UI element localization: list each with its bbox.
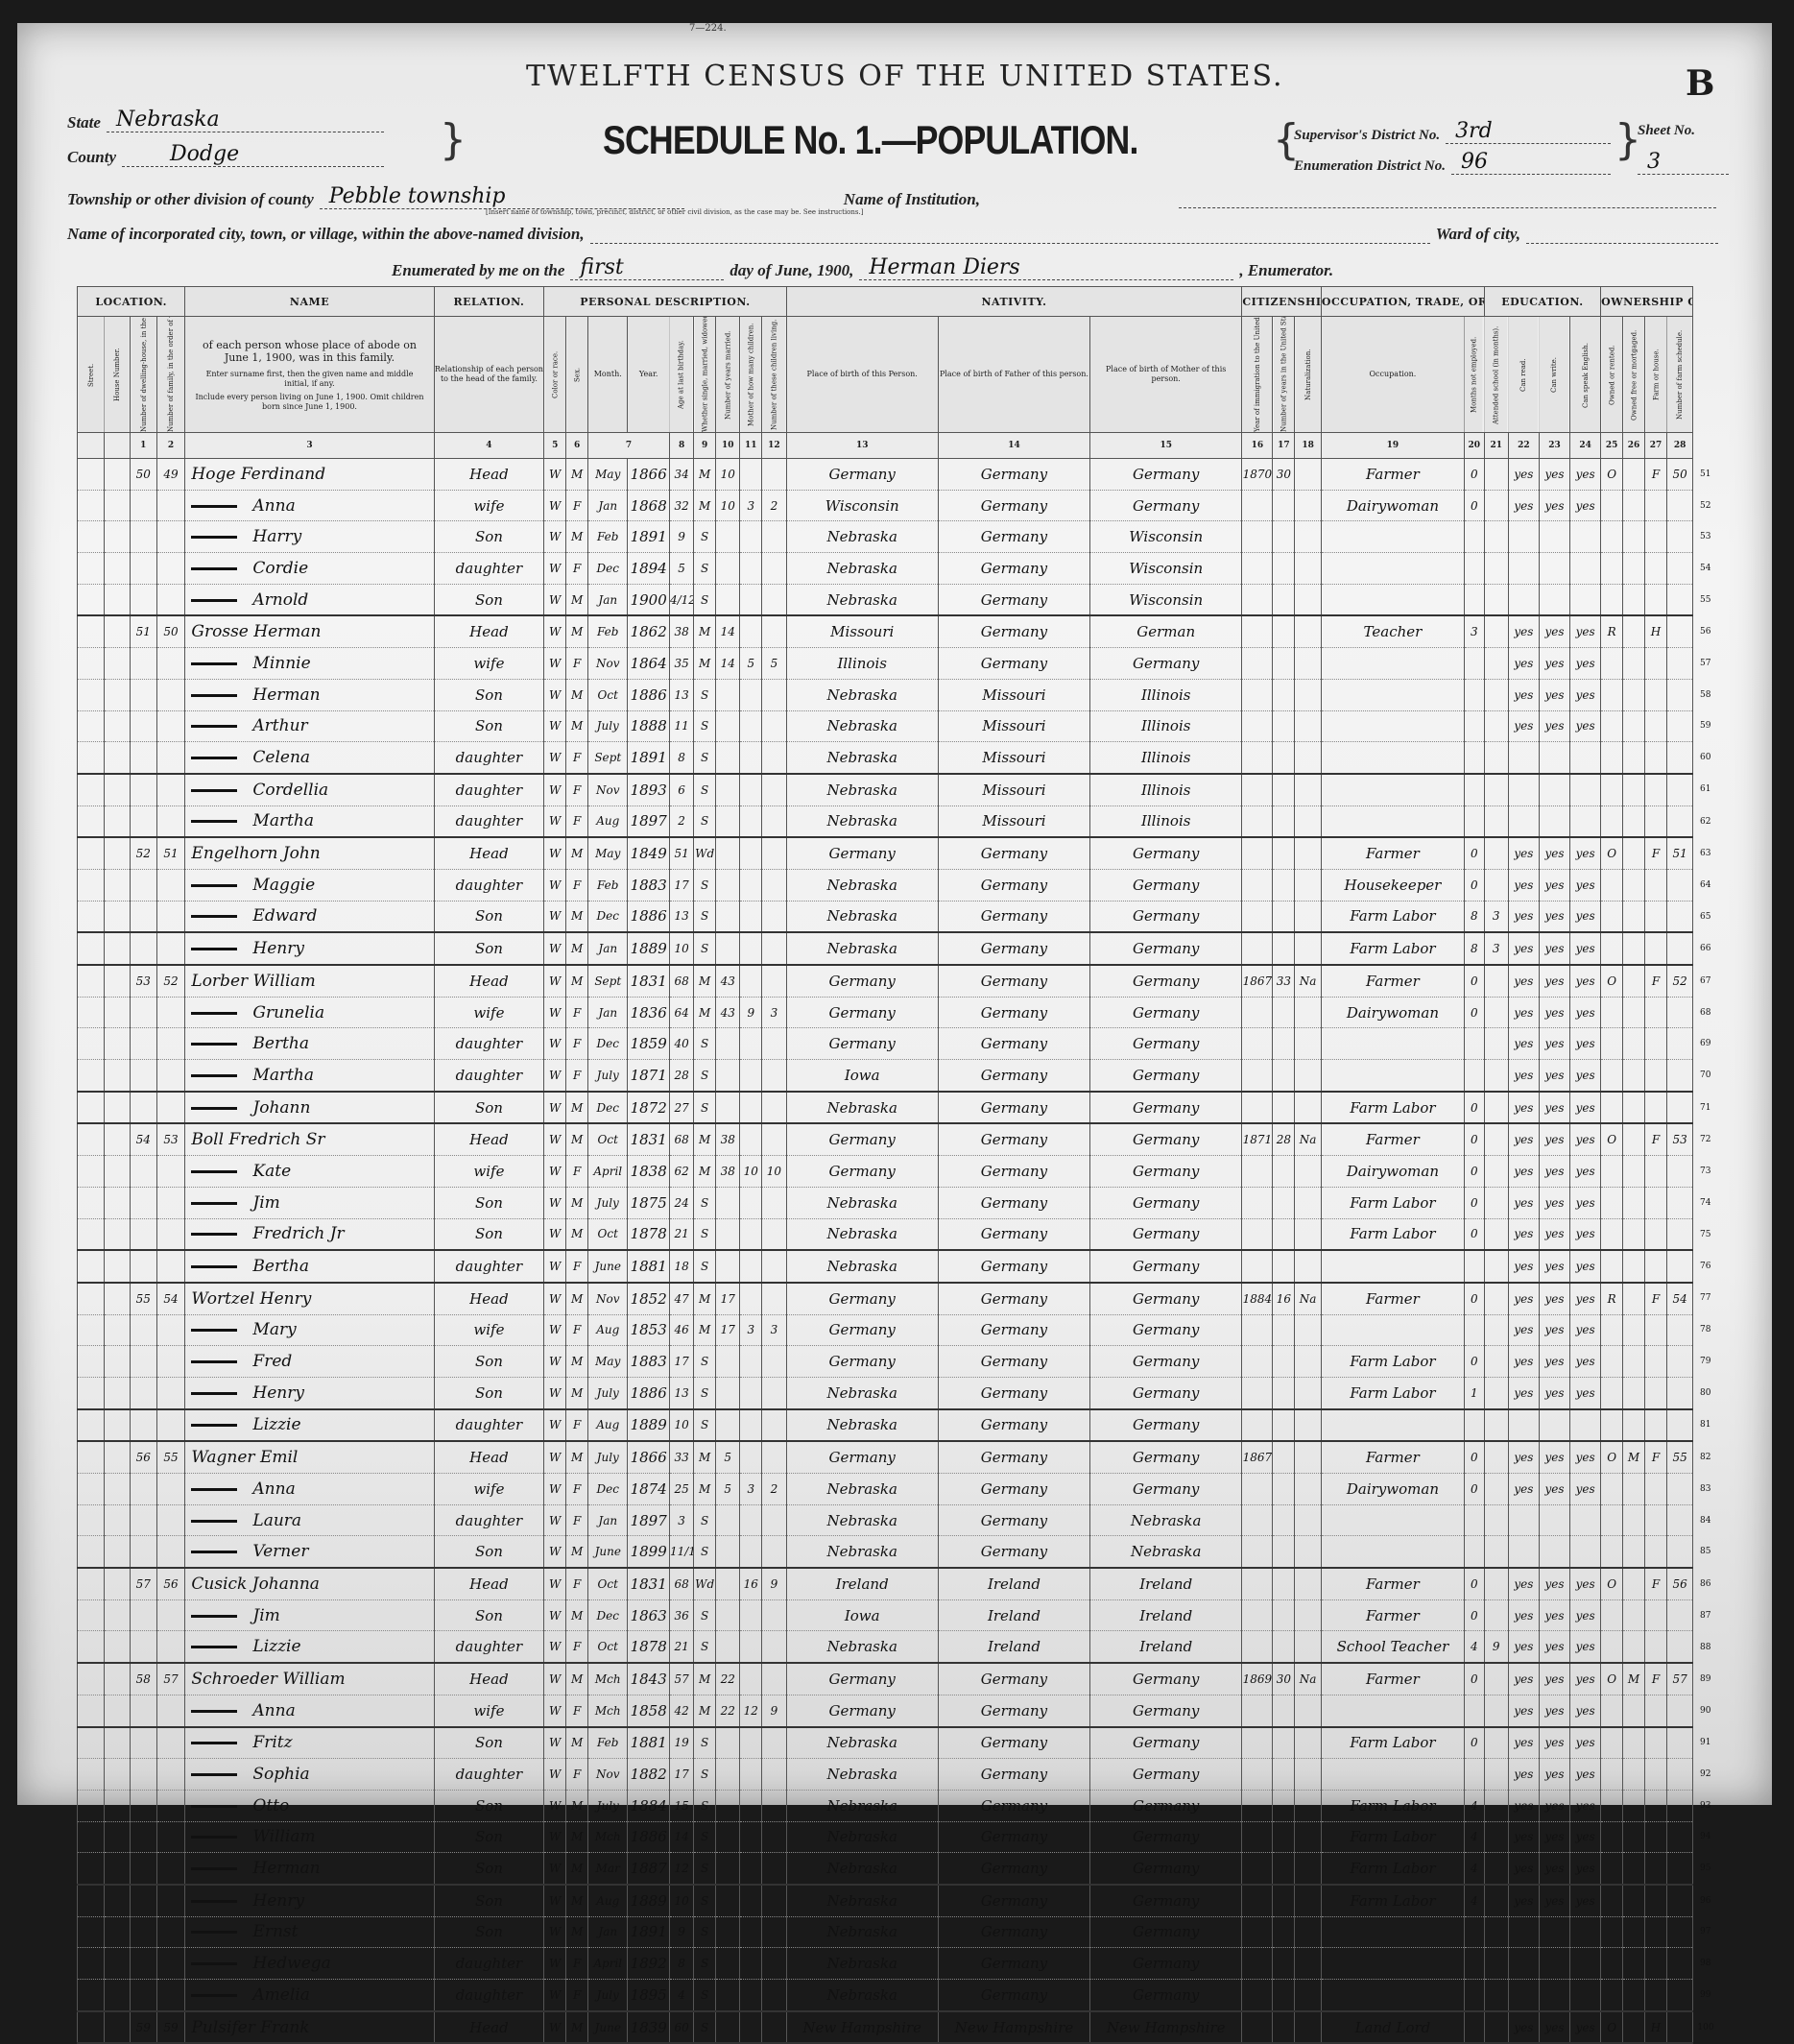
sex: M xyxy=(566,1663,588,1695)
birthplace: Iowa xyxy=(786,1599,938,1631)
marital-status: Wd xyxy=(694,1568,716,1599)
children-living xyxy=(762,1727,786,1759)
person-name: Lizzie xyxy=(252,1415,300,1434)
farm-schedule: 54 xyxy=(1666,1283,1693,1314)
immigration-year xyxy=(1242,584,1273,615)
column-number xyxy=(78,433,105,459)
color: W xyxy=(544,459,566,491)
birthplace: Germany xyxy=(786,1314,938,1346)
person-name-cell: Anna xyxy=(185,1474,434,1505)
birth-month: Dec xyxy=(588,901,628,932)
color: W xyxy=(544,648,566,680)
line-number: 86 xyxy=(1693,1568,1718,1599)
can-write xyxy=(1539,1504,1569,1536)
relation: Son xyxy=(434,584,544,615)
column-number: 4 xyxy=(434,433,544,459)
street-cell xyxy=(78,1156,105,1188)
years-in-us xyxy=(1273,1474,1295,1505)
col-dwelling: Number of dwelling-house, in the order o… xyxy=(131,317,157,433)
line-number: 76 xyxy=(1693,1250,1718,1283)
farm-house xyxy=(1645,1250,1667,1283)
sex: M xyxy=(566,901,588,932)
mother-birthplace: Germany xyxy=(1090,1060,1242,1092)
months-unemployed: 8 xyxy=(1464,932,1484,965)
years-in-us xyxy=(1273,742,1295,774)
occupation: Farm Labor xyxy=(1321,1346,1464,1378)
years-married: 43 xyxy=(716,997,740,1028)
farm-house xyxy=(1645,1599,1667,1631)
group-name: NAME xyxy=(185,287,434,317)
color: W xyxy=(544,1441,566,1473)
school-months xyxy=(1484,1156,1508,1188)
years-in-us xyxy=(1273,997,1295,1028)
years-married xyxy=(716,932,740,965)
family-number: 50 xyxy=(156,615,185,647)
mother-birthplace: Illinois xyxy=(1090,806,1242,837)
farm-schedule xyxy=(1666,1504,1693,1536)
table-row: BerthadaughterWFJune188118SNebraskaGerma… xyxy=(78,1250,1718,1283)
person-name-cell: Henry xyxy=(185,1377,434,1408)
free-mortgaged xyxy=(1623,1283,1645,1314)
family-number xyxy=(156,553,185,585)
col-owned: Owned or rented. xyxy=(1601,317,1623,433)
can-read: yes xyxy=(1508,1092,1539,1124)
house-cell xyxy=(104,521,131,553)
years-married xyxy=(716,584,740,615)
enumerator-name: Herman Diers xyxy=(869,255,1019,279)
birth-year: 1897 xyxy=(628,1504,670,1536)
occupation: Farmer xyxy=(1321,1568,1464,1599)
person-name-cell: Laura xyxy=(185,1504,434,1536)
immigration-year xyxy=(1242,648,1273,680)
dwelling-number: 52 xyxy=(131,837,157,869)
house-cell xyxy=(104,1060,131,1092)
line-number: 58 xyxy=(1693,679,1718,710)
mother-of xyxy=(740,553,762,585)
column-number: 24 xyxy=(1570,433,1601,459)
can-write: yes xyxy=(1539,1346,1569,1378)
school-months xyxy=(1484,806,1508,837)
surname-ditto-mark xyxy=(191,1360,237,1363)
color: W xyxy=(544,1536,566,1568)
col-marital: Whether single, married, widowed, or div… xyxy=(694,317,716,433)
marital-status: S xyxy=(694,1409,716,1442)
years-married xyxy=(716,806,740,837)
age: 2 xyxy=(669,806,693,837)
school-months: 3 xyxy=(1484,932,1508,965)
can-write: yes xyxy=(1539,710,1569,742)
farm-schedule xyxy=(1666,553,1693,585)
sex: M xyxy=(566,679,588,710)
occupation: Farmer xyxy=(1321,459,1464,491)
farm-schedule: 56 xyxy=(1666,1568,1693,1599)
years-married xyxy=(716,837,740,869)
months-unemployed: 0 xyxy=(1464,1727,1484,1759)
immigration-year xyxy=(1242,1631,1273,1663)
line-number: 59 xyxy=(1693,710,1718,742)
mother-of xyxy=(740,1060,762,1092)
years-in-us xyxy=(1273,1092,1295,1124)
free-mortgaged xyxy=(1623,837,1645,869)
can-read: yes xyxy=(1508,615,1539,647)
sex: F xyxy=(566,1568,588,1599)
can-write: yes xyxy=(1539,615,1569,647)
relation: daughter xyxy=(434,1409,544,1442)
marital-status: S xyxy=(694,710,716,742)
farm-house xyxy=(1645,1092,1667,1124)
can-read: yes xyxy=(1508,1568,1539,1599)
can-write: yes xyxy=(1539,869,1569,901)
free-mortgaged xyxy=(1623,1346,1645,1378)
father-birthplace: Germany xyxy=(938,1123,1089,1155)
family-number: 57 xyxy=(156,1663,185,1695)
color: W xyxy=(544,965,566,997)
marital-status: S xyxy=(694,553,716,585)
line-number: 92 xyxy=(1693,1759,1718,1791)
occupation xyxy=(1321,1250,1464,1283)
occupation: School Teacher xyxy=(1321,1631,1464,1663)
dwelling-number xyxy=(131,584,157,615)
sex: M xyxy=(566,1187,588,1218)
children-living xyxy=(762,869,786,901)
marital-status: S xyxy=(694,742,716,774)
owned-rented xyxy=(1601,584,1623,615)
years-in-us xyxy=(1273,648,1295,680)
age: 5 xyxy=(669,553,693,585)
occupation xyxy=(1321,1314,1464,1346)
sex: M xyxy=(566,1218,588,1250)
farm-house xyxy=(1645,742,1667,774)
age: 17 xyxy=(669,1759,693,1791)
naturalization xyxy=(1295,1790,1322,1821)
age: 13 xyxy=(669,679,693,710)
farm-house xyxy=(1645,1695,1667,1726)
dwelling-number xyxy=(131,1250,157,1283)
house-cell xyxy=(104,1250,131,1283)
person-name: Johann xyxy=(252,1098,310,1118)
relation: Head xyxy=(434,459,544,491)
occupation xyxy=(1321,710,1464,742)
relation: Son xyxy=(434,1187,544,1218)
free-mortgaged xyxy=(1623,1123,1645,1155)
father-birthplace: Germany xyxy=(938,615,1089,647)
enumerated-day: first xyxy=(580,255,623,279)
owned-rented xyxy=(1601,521,1623,553)
age: 25 xyxy=(669,1474,693,1505)
age: 6 xyxy=(669,774,693,806)
birth-month: May xyxy=(588,459,628,491)
birth-month: Oct xyxy=(588,1218,628,1250)
school-months xyxy=(1484,1377,1508,1408)
speaks-english: yes xyxy=(1570,1695,1601,1726)
relation: Son xyxy=(434,1346,544,1378)
immigration-year: 1869 xyxy=(1242,1663,1273,1695)
person-name: Otto xyxy=(252,1796,289,1816)
family-number xyxy=(156,1250,185,1283)
street-cell xyxy=(78,553,105,585)
mother-of xyxy=(740,1631,762,1663)
free-mortgaged xyxy=(1623,1187,1645,1218)
years-married xyxy=(716,553,740,585)
farm-schedule xyxy=(1666,615,1693,647)
occupation: Dairywoman xyxy=(1321,490,1464,521)
children-living xyxy=(762,1441,786,1473)
speaks-english xyxy=(1570,1409,1601,1442)
street-cell xyxy=(78,1536,105,1568)
birth-year: 1886 xyxy=(628,679,670,710)
free-mortgaged: M xyxy=(1623,1663,1645,1695)
dwelling-number xyxy=(131,1314,157,1346)
free-mortgaged xyxy=(1623,1474,1645,1505)
immigration-year xyxy=(1242,710,1273,742)
age: 3 xyxy=(669,1504,693,1536)
line-number: 57 xyxy=(1693,648,1718,680)
birth-year: 1882 xyxy=(628,1759,670,1791)
person-name-cell: Engelhorn John xyxy=(185,837,434,869)
speaks-english: yes xyxy=(1570,1028,1601,1060)
birth-year: 1831 xyxy=(628,965,670,997)
relation: Son xyxy=(434,710,544,742)
col-children-living: Number of these children living. xyxy=(762,317,786,433)
years-married xyxy=(716,1028,740,1060)
relation: wife xyxy=(434,648,544,680)
owned-rented: O xyxy=(1601,1568,1623,1599)
dwelling-number xyxy=(131,648,157,680)
free-mortgaged xyxy=(1623,1028,1645,1060)
person-name: Henry xyxy=(252,1383,304,1403)
surname-ditto-mark xyxy=(191,567,237,570)
family-number xyxy=(156,1790,185,1821)
family-number xyxy=(156,710,185,742)
surname-ditto-mark xyxy=(191,1074,237,1077)
age: 68 xyxy=(669,1568,693,1599)
farm-schedule xyxy=(1666,869,1693,901)
color: W xyxy=(544,1187,566,1218)
person-name-cell: Celena xyxy=(185,742,434,774)
can-read xyxy=(1508,553,1539,585)
birth-month: Jan xyxy=(588,490,628,521)
dwelling-number: 55 xyxy=(131,1283,157,1314)
col-sex: Sex. xyxy=(566,317,588,433)
school-months xyxy=(1484,1599,1508,1631)
school-months xyxy=(1484,1663,1508,1695)
birth-year: 1874 xyxy=(628,1474,670,1505)
immigration-year xyxy=(1242,1377,1273,1408)
speaks-english: yes xyxy=(1570,1346,1601,1378)
line-number: 68 xyxy=(1693,997,1718,1028)
family-number xyxy=(156,521,185,553)
years-in-us xyxy=(1273,932,1295,965)
immigration-year xyxy=(1242,1314,1273,1346)
birth-month: Aug xyxy=(588,1314,628,1346)
birthplace: Germany xyxy=(786,837,938,869)
person-name-cell: Mary xyxy=(185,1314,434,1346)
birth-month: Nov xyxy=(588,774,628,806)
age: 33 xyxy=(669,1441,693,1473)
occupation xyxy=(1321,553,1464,585)
surname-ditto-mark xyxy=(191,1615,237,1618)
col-month: Month. xyxy=(588,317,628,433)
street-cell xyxy=(78,521,105,553)
can-read xyxy=(1508,1409,1539,1442)
occupation xyxy=(1321,521,1464,553)
birth-month: Feb xyxy=(588,1727,628,1759)
can-read: yes xyxy=(1508,1474,1539,1505)
children-living xyxy=(762,1123,786,1155)
mother-of: 16 xyxy=(740,1568,762,1599)
immigration-year xyxy=(1242,1346,1273,1378)
years-in-us xyxy=(1273,774,1295,806)
mother-of xyxy=(740,932,762,965)
marital-status: S xyxy=(694,521,716,553)
col-birth-person: Place of birth of this Person. xyxy=(786,317,938,433)
farm-house xyxy=(1645,679,1667,710)
mother-birthplace: Germany xyxy=(1090,1283,1242,1314)
line-number: 64 xyxy=(1693,869,1718,901)
immigration-year xyxy=(1242,1187,1273,1218)
column-number xyxy=(104,433,131,459)
relation: Head xyxy=(434,965,544,997)
birth-year: 1899 xyxy=(628,1536,670,1568)
sex: F xyxy=(566,1060,588,1092)
col-school: Attended school (in months). xyxy=(1484,317,1508,433)
line-number: 61 xyxy=(1693,774,1718,806)
age: 38 xyxy=(669,615,693,647)
children-living xyxy=(762,584,786,615)
dwelling-number xyxy=(131,1060,157,1092)
can-read: yes xyxy=(1508,490,1539,521)
months-unemployed: 0 xyxy=(1464,1599,1484,1631)
free-mortgaged xyxy=(1623,490,1645,521)
father-birthplace: Germany xyxy=(938,584,1089,615)
birth-month: Oct xyxy=(588,1631,628,1663)
color: W xyxy=(544,837,566,869)
birth-month: Feb xyxy=(588,521,628,553)
birthplace: Germany xyxy=(786,1441,938,1473)
relation: daughter xyxy=(434,1759,544,1791)
table-row: Fredrich JrSonWMOct187821SNebraskaGerman… xyxy=(78,1218,1718,1250)
birthplace: Nebraska xyxy=(786,1727,938,1759)
person-name-cell: Grosse Herman xyxy=(185,615,434,647)
birth-year: 1831 xyxy=(628,1568,670,1599)
street-cell xyxy=(78,490,105,521)
table-row: LauradaughterWFJan18973SNebraskaGermanyN… xyxy=(78,1504,1718,1536)
mother-birthplace: Germany xyxy=(1090,459,1242,491)
age: 24 xyxy=(669,1187,693,1218)
street-cell xyxy=(78,1568,105,1599)
occupation: Farm Labor xyxy=(1321,901,1464,932)
street-cell xyxy=(78,1314,105,1346)
can-read: yes xyxy=(1508,1156,1539,1188)
color: W xyxy=(544,1123,566,1155)
birthplace: Nebraska xyxy=(786,1631,938,1663)
mother-of xyxy=(740,1790,762,1821)
birthplace: Nebraska xyxy=(786,1187,938,1218)
owned-rented xyxy=(1601,1156,1623,1188)
person-name: Anna xyxy=(252,1701,295,1720)
father-birthplace: Germany xyxy=(938,1759,1089,1791)
mother-birthplace: Germany xyxy=(1090,1187,1242,1218)
years-married xyxy=(716,1727,740,1759)
owned-rented xyxy=(1601,1218,1623,1250)
sex: F xyxy=(566,1314,588,1346)
months-unemployed xyxy=(1464,1060,1484,1092)
sex: F xyxy=(566,1759,588,1791)
birthplace: Nebraska xyxy=(786,1504,938,1536)
dwelling-number xyxy=(131,1346,157,1378)
age: 46 xyxy=(669,1314,693,1346)
color: W xyxy=(544,1759,566,1791)
county-value: Dodge xyxy=(132,142,239,166)
can-write: yes xyxy=(1539,901,1569,932)
house-cell xyxy=(104,1283,131,1314)
immigration-year xyxy=(1242,1727,1273,1759)
age: 11 xyxy=(669,710,693,742)
years-married: 14 xyxy=(716,615,740,647)
mother-birthplace: Germany xyxy=(1090,1218,1242,1250)
color: W xyxy=(544,1631,566,1663)
mother-of xyxy=(740,1727,762,1759)
enumerated-line: Enumerated by me on the first day of Jun… xyxy=(392,255,1447,280)
farm-schedule xyxy=(1666,1759,1693,1791)
color: W xyxy=(544,1218,566,1250)
county-label: County xyxy=(67,148,116,167)
surname-ditto-mark xyxy=(191,1488,237,1491)
sex: M xyxy=(566,1441,588,1473)
father-birthplace: Germany xyxy=(938,459,1089,491)
naturalization xyxy=(1295,1346,1322,1378)
free-mortgaged xyxy=(1623,1599,1645,1631)
street-cell xyxy=(78,1028,105,1060)
years-married: 10 xyxy=(716,490,740,521)
months-unemployed xyxy=(1464,710,1484,742)
father-birthplace: Germany xyxy=(938,1695,1089,1726)
speaks-english: yes xyxy=(1570,901,1601,932)
naturalization xyxy=(1295,1759,1322,1791)
farm-schedule xyxy=(1666,648,1693,680)
father-birthplace: Germany xyxy=(938,1092,1089,1124)
can-write: yes xyxy=(1539,459,1569,491)
children-living xyxy=(762,1663,786,1695)
immigration-year: 1871 xyxy=(1242,1123,1273,1155)
months-unemployed: 0 xyxy=(1464,837,1484,869)
dwelling-number xyxy=(131,1187,157,1218)
house-cell xyxy=(104,553,131,585)
school-months xyxy=(1484,1346,1508,1378)
surname-ditto-mark xyxy=(191,1710,237,1713)
months-unemployed xyxy=(1464,1695,1484,1726)
col-schedule-no: Number of farm schedule. xyxy=(1666,317,1693,433)
birth-month: Feb xyxy=(588,869,628,901)
immigration-year xyxy=(1242,1568,1273,1599)
can-write xyxy=(1539,521,1569,553)
surname-ditto-mark xyxy=(191,725,237,728)
person-name-cell: Lorber William xyxy=(185,965,434,997)
mother-of xyxy=(740,459,762,491)
birth-year: 1891 xyxy=(628,742,670,774)
free-mortgaged xyxy=(1623,615,1645,647)
relation: wife xyxy=(434,1314,544,1346)
can-write: yes xyxy=(1539,1695,1569,1726)
owned-rented xyxy=(1601,1346,1623,1378)
sex: M xyxy=(566,1599,588,1631)
color: W xyxy=(544,742,566,774)
years-married xyxy=(716,1568,740,1599)
line-number: 66 xyxy=(1693,932,1718,965)
can-write: yes xyxy=(1539,1314,1569,1346)
school-months xyxy=(1484,1283,1508,1314)
street-cell xyxy=(78,837,105,869)
